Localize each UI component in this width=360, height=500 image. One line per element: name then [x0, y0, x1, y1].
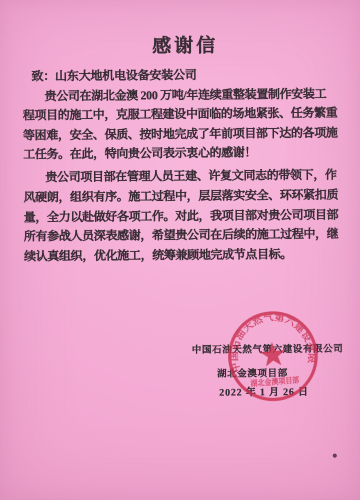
recipient-line: 致：山东大地机电设备安装公司 — [22, 65, 338, 87]
letter-line: 工任务。在此，特向贵公司表示衷心的感谢！ — [23, 143, 339, 165]
letter-line: 程项目的施工中，克服工程建设中面临的场地紧张、任务繁重 — [23, 104, 339, 126]
svg-text:中国石油天然气第六建设有限公司: 中国石油天然气第六建设有限公司 — [222, 306, 320, 375]
letter-line: 贵公司项目部在管理人员王建、许复文同志的带领下，作 — [23, 166, 339, 188]
letter-content: 感谢信 致：山东大地机电设备安装公司 贵公司在湖北金澳 200 万吨/年连续重整… — [0, 0, 360, 500]
letter-paragraphs: 贵公司在湖北金澳 200 万吨/年连续重整装置制作安装工程项目的施工中，克服工程… — [23, 84, 341, 267]
letter-line: 所有参战人员深表感谢，希望贵公司在后续的施工过程中，继 — [24, 225, 340, 247]
letter-paragraph: 贵公司项目部在管理人员王建、许复文同志的带领下，作风硬朗，组织有序。施工过程中，… — [23, 166, 340, 267]
letter-line: 量，全力以赴做好各项工作。对此，我项目部对贵公司项目部 — [24, 205, 340, 227]
star-icon — [259, 341, 286, 367]
letter-paragraph: 贵公司在湖北金澳 200 万吨/年连续重整装置制作安装工程项目的施工中，克服工程… — [23, 84, 340, 165]
letter-line: 续认真组织，优化施工，统筹兼顾地完成节点目标。 — [24, 244, 340, 266]
letter-line: 等困难，安全、保质、按时地完成了年前项目部下达的各项施 — [23, 123, 339, 145]
seal-center-text: 湖北金澳项目部 — [249, 374, 300, 388]
letter-line: 风硬朗，组织有序。施工过程中，层层落实安全、环环紧扣质 — [23, 186, 339, 208]
official-seal: 中国石油天然气第六建设有限公司 湖北金澳项目部 — [222, 306, 323, 407]
letter-body: 致：山东大地机电设备安装公司 贵公司在湖北金澳 200 万吨/年连续重整装置制作… — [22, 65, 340, 267]
paper-speck — [333, 454, 337, 458]
letter-line: 贵公司在湖北金澳 200 万吨/年连续重整装置制作安装工 — [23, 84, 339, 106]
seal-ring-text: 中国石油天然气第六建设有限公司 — [222, 306, 320, 375]
letter-photo: 感谢信 致：山东大地机电设备安装公司 贵公司在湖北金澳 200 万吨/年连续重整… — [0, 0, 360, 500]
letter-title: 感谢信 — [5, 29, 360, 59]
